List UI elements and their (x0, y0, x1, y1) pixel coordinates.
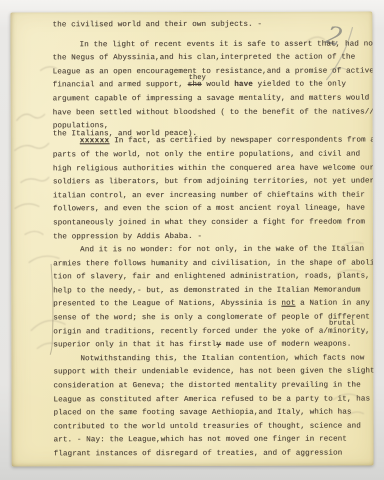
text-segment: y (216, 341, 221, 349)
text-segment: made use of modern weapons. (221, 341, 351, 349)
typewritten-line: superior only in that it has firstly mad… (53, 341, 371, 355)
text-segment: minority,brutal (328, 327, 370, 335)
typewritten-line: soldiers as liberators, but from adjoini… (53, 178, 371, 192)
typewritten-line: financial and armed support, shethey wou… (53, 81, 371, 95)
text-segment: would (202, 81, 235, 89)
typewritten-line: parts of the world, not only the entire … (53, 150, 371, 164)
text-segment: have been settled without bloodshed ( to… (53, 108, 374, 117)
text-segment: xxxxxx (80, 138, 110, 146)
typewritten-line: have been settled without bloodshed ( to… (53, 108, 371, 122)
typewritten-text-block: the civilised world and their own subjec… (52, 21, 371, 464)
text-segment: argument capable of impressing a savage … (53, 95, 370, 104)
typewritten-line: tion of slavery, fair and enlightened ad… (53, 273, 371, 287)
typewritten-line: art. - Nay: the League,which has not mov… (54, 436, 372, 450)
text-segment: the Negus of Abyssinia,and his clan,inte… (53, 54, 356, 63)
typewritten-line: spontaneously joined in what they consid… (53, 218, 371, 232)
typewritten-line: followers, and even the scion of a most … (53, 205, 371, 219)
text-segment: financial and armed support, (53, 81, 188, 89)
text-segment: flagrant instances of disregard of treat… (54, 450, 343, 459)
typed-insertion: brutal (329, 320, 355, 328)
typewritten-line: high religious authorities within the co… (53, 164, 371, 178)
typewritten-line: League as constituted after America refu… (53, 395, 371, 409)
typewritten-line: xxxxxx In fact, as certified by newspape… (53, 137, 371, 151)
text-segment: help to the needy,- but, as demonstrated… (53, 286, 360, 295)
text-segment: In fact, as certified by newspaper corre… (109, 137, 373, 146)
text-segment: origin and traditions, recently forced u… (53, 327, 328, 336)
text-segment: yielded to the only (253, 81, 346, 89)
text-segment: superior only in that it has firstl (53, 341, 216, 349)
text-segment: contributed to the world untold treasuri… (53, 422, 360, 431)
typewritten-line: And it is no wonder: for not only, in th… (53, 246, 371, 260)
typewritten-line: the oppression by Addis Ababa. - (53, 232, 371, 246)
document-page: 2 the civilised world and their own subj… (10, 12, 373, 467)
typewritten-line: italian control, an ever increasing numb… (53, 191, 371, 205)
text-segment: soldiers as liberators, but from adjoini… (53, 178, 374, 187)
scanned-document-view: { "scan": { "background_color": "#e6e5e3… (0, 0, 384, 480)
typewritten-line: the Negus of Abyssinia,and his clan,inte… (53, 54, 371, 68)
typewritten-line: contributed to the world untold treasuri… (53, 422, 371, 436)
typewritten-line: League as an open encouragement to resis… (53, 67, 371, 81)
typewritten-line: argument capable of impressing a savage … (53, 95, 371, 109)
typewritten-line: sense of the word; she is only a conglom… (53, 314, 371, 328)
text-segment: the civilised world and their own subjec… (52, 21, 262, 30)
text-segment: In the light of recent events it is safe… (79, 40, 373, 49)
text-segment: And it is no wonder: for not only, in th… (80, 246, 364, 255)
text-segment: high religious authorities within the co… (53, 164, 374, 173)
text-segment: League as constituted after America refu… (53, 395, 370, 404)
text-segment: sense of the word; she is only a conglom… (53, 314, 370, 323)
text-segment: support with their undeniable evidence, … (53, 368, 373, 377)
text-segment: followers, and even the scion of a most … (53, 205, 365, 214)
typewritten-line: consideration at Geneva; the distorted m… (53, 382, 371, 396)
text-segment: consideration at Geneva; the distorted m… (53, 382, 360, 391)
text-segment: League as an open encouragement to resis… (53, 67, 374, 76)
text-segment: the oppression by Addis Ababa. - (53, 232, 202, 240)
text-segment: art. - Nay: the League,which has not mov… (54, 436, 347, 445)
text-segment: not (281, 300, 295, 308)
text-segment: have (234, 81, 253, 89)
text-segment: tion of slavery, fair and enlightened ad… (53, 273, 370, 282)
text-segment: a Nation in any (295, 300, 370, 308)
typewritten-line: origin and traditions, recently forced u… (53, 327, 371, 341)
text-segment: spontaneously joined in what they consid… (53, 218, 365, 227)
typewritten-line: placed on the same footing savage Aethio… (53, 409, 371, 423)
text-segment: Notwithstanding this, the Italian conten… (80, 354, 364, 363)
typewritten-line: armies there follows humanity and civili… (53, 259, 371, 273)
typewritten-line: flagrant instances of disregard of treat… (54, 450, 372, 464)
text-segment: shethey (188, 81, 202, 89)
typewritten-line: presented to the League of Nations, Abys… (53, 300, 371, 314)
typewritten-line: support with their undeniable evidence, … (53, 368, 371, 382)
text-segment: italian control, an ever increasing numb… (53, 191, 365, 200)
text-segment: placed on the same footing savage Aethio… (53, 409, 351, 418)
typewritten-line: the civilised world and their own subjec… (52, 21, 370, 35)
typewritten-line: In the light of recent events it is safe… (52, 40, 370, 54)
typewritten-line: Notwithstanding this, the Italian conten… (53, 354, 371, 368)
text-segment: armies there follows humanity and civili… (53, 259, 374, 268)
text-segment: parts of the world, not only the entire … (53, 150, 360, 159)
text-segment: presented to the League of Nations, Abys… (53, 300, 281, 309)
